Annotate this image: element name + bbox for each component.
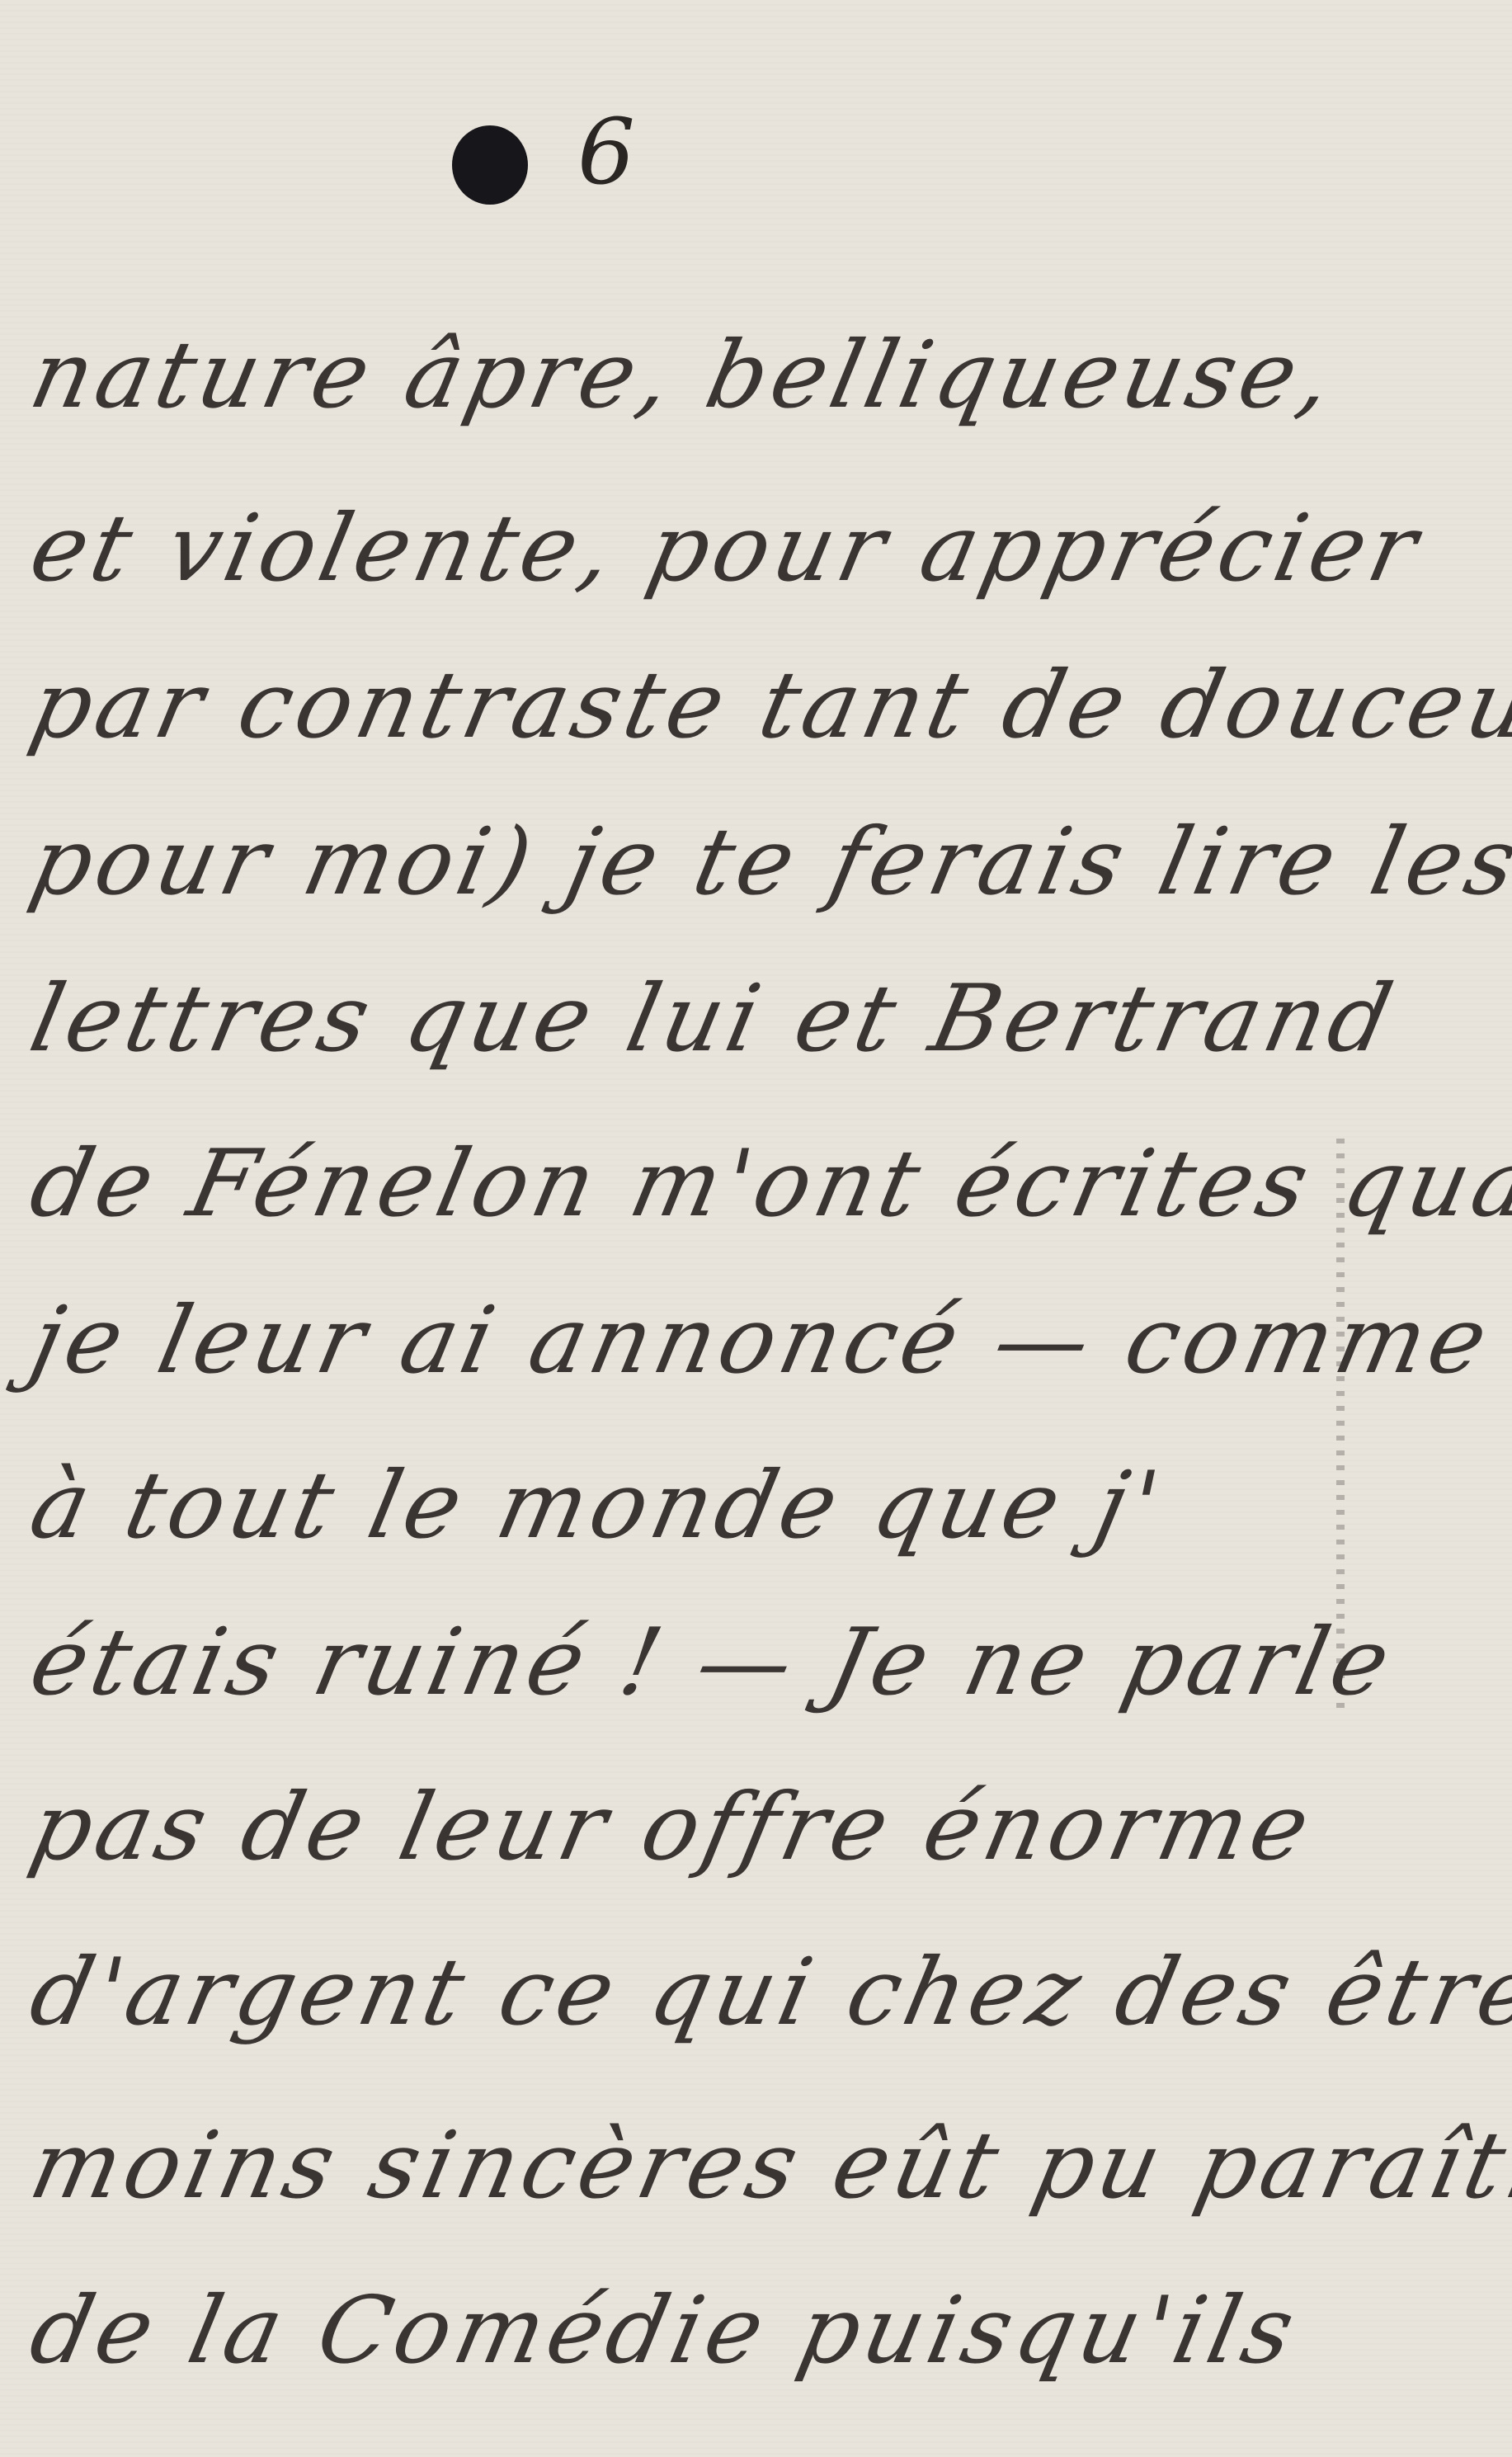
handwritten-line: je leur ai annoncé — comme — [21, 1287, 1500, 1394]
handwritten-line: nature âpre, belliqueuse, — [21, 322, 1346, 429]
handwritten-line: pour moi) je te ferais lire les — [21, 809, 1512, 916]
handwritten-line: d'argent ce qui chez des êtres — [21, 1939, 1512, 2046]
handwritten-line: moins sincères eût pu paraître — [21, 2112, 1512, 2219]
handwritten-line: par contraste tant de douceur — [21, 652, 1512, 759]
handwritten-line: pas de leur offre énorme — [21, 1774, 1323, 1881]
page-number: 6 — [577, 99, 635, 205]
handwritten-line: à tout le monde que j' — [21, 1452, 1172, 1559]
handwritten-line: et violente, pour apprécier — [21, 495, 1431, 602]
punch-hole — [452, 125, 528, 205]
handwritten-line: étais ruiné ! — Je ne parle — [21, 1609, 1403, 1716]
handwritten-line: de la Comédie puisqu'ils — [21, 2277, 1307, 2384]
handwritten-line: de Fénelon m'ont écrites quand — [21, 1130, 1512, 1238]
handwritten-line: lettres que lui et Bertrand — [21, 965, 1406, 1073]
